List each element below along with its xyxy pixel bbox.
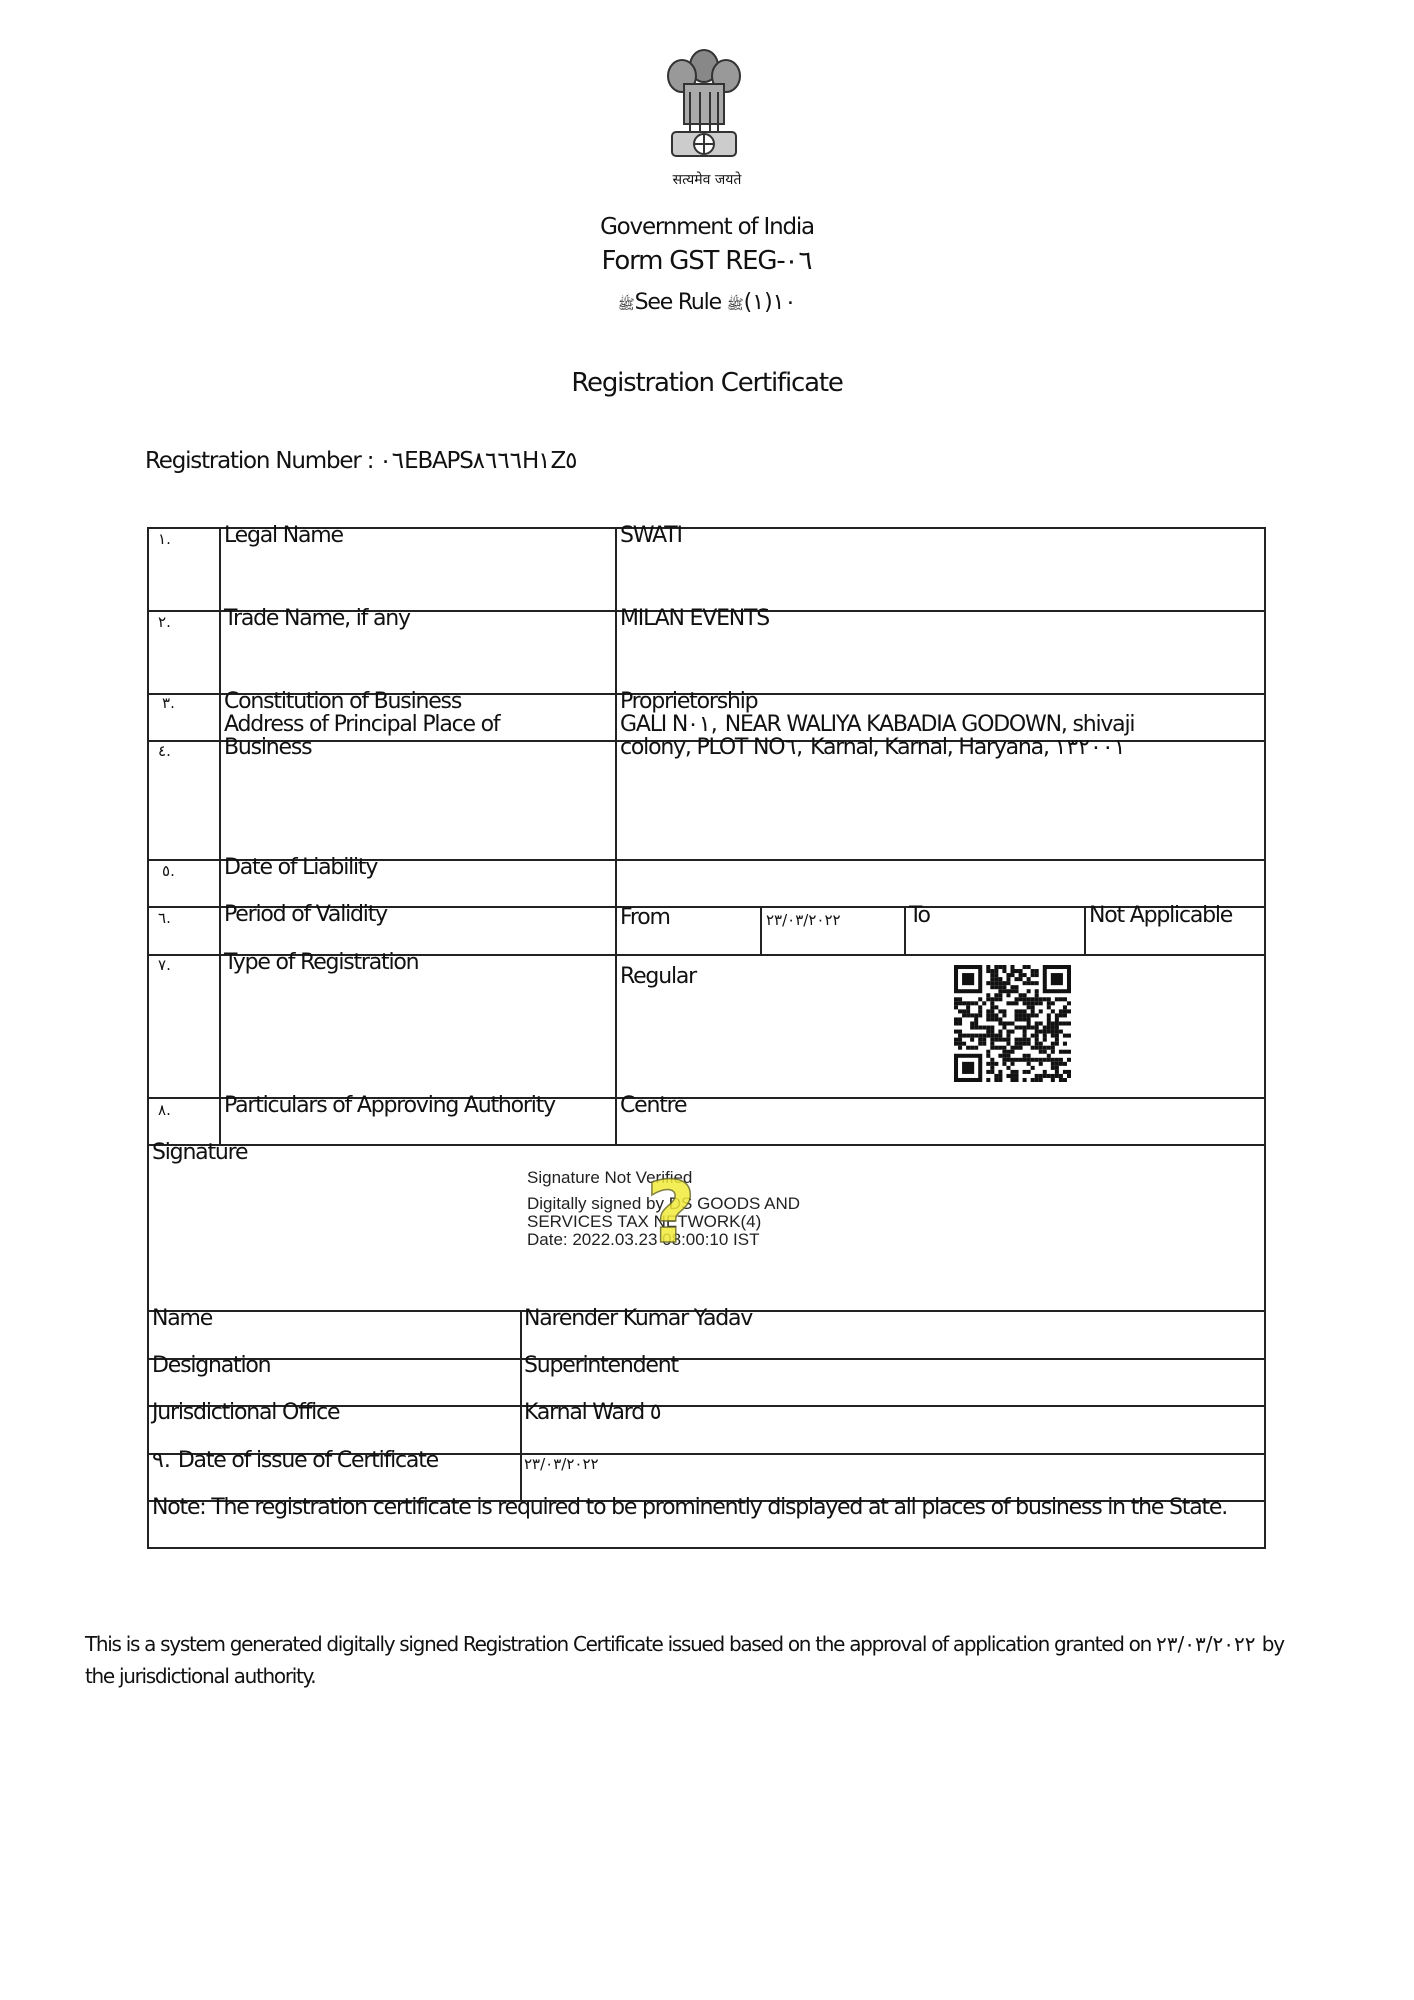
officer-name-value: Narender Kumar Yadav [524,1307,752,1330]
legal-name-label: Legal Name [224,524,343,547]
date-of-liability-label: Date of Liability [224,856,377,879]
officer-name-label: Name [152,1307,212,1330]
designation-value: Superintendent [524,1354,678,1377]
ornament-left-icon: ﷺ [618,297,635,313]
date-of-issue-label: ٩. Date of issue of Certificate [152,1449,438,1472]
row-number: ٨. [158,1101,171,1119]
type-of-registration-label: Type of Registration [224,951,418,974]
address-label-line1: Address of Principal Place of [224,713,499,736]
validity-from-label: From [620,906,670,929]
page-title: Registration Certificate [0,368,1414,398]
emblem-motto: सत्यमेव जयते [662,170,752,189]
row-number: ٣. [162,694,175,712]
approving-authority-label: Particulars of Approving Authority [224,1094,555,1117]
trade-name-label: Trade Name, if any [224,607,410,630]
registration-number: Registration Number : ٠٦EBAPS٨٦٦٦H١Z٥ [145,448,577,474]
constitution-value: Proprietorship [620,690,757,713]
row-number: ٧. [158,956,171,974]
address-label-line2: Business [224,736,311,759]
row-number: ١. [158,530,171,548]
ornament-right-icon: ﷺ [727,297,744,313]
government-title: Government of India [0,214,1414,240]
signature-line2: SERVICES TAX NETWORK(4) [527,1213,761,1231]
rule-reference: ﷺSee Rule ١٠(١)ﷺ [0,290,1414,316]
question-mark-icon: ? [646,1170,696,1256]
date-of-issue-value: ٢٣/٠٣/٢٠٢٢ [524,1455,599,1473]
row-number: ٦. [158,909,171,927]
signature-label: Signature [152,1141,247,1164]
row-number: ٥. [162,862,175,880]
signature-line3: Date: 2022.03.23 08:00:10 IST [527,1231,760,1249]
footer-line1: This is a system generated digitally sig… [85,1632,1284,1656]
address-value-line1: GALI N٠١, NEAR WALIYA KABADIA GODOWN, sh… [620,713,1134,736]
constitution-label: Constitution of Business [224,690,461,713]
jurisdictional-office-label: Jurisdictional Office [152,1401,339,1424]
type-of-registration-value: Regular [620,965,696,988]
row-number: ٢. [158,613,171,631]
approving-authority-value: Centre [620,1094,686,1117]
note-text: Note: The registration certificate is re… [152,1496,1227,1519]
address-value-line2: colony, PLOT NO٦, Karnal, Karnal, Haryan… [620,736,1125,759]
state-emblem-icon [660,44,748,164]
designation-label: Designation [152,1354,270,1377]
qr-code-icon [954,965,1071,1082]
validity-from-date: ٢٣/٠٣/٢٠٢٢ [766,911,841,929]
validity-to-label: To [909,904,930,927]
row-number: ٤. [158,742,171,760]
jurisdictional-office-value: Karnal Ward ٥ [524,1401,662,1424]
legal-name-value: SWATI [620,524,682,547]
form-title: Form GST REG-٠٦ [0,246,1414,276]
period-of-validity-label: Period of Validity [224,903,387,926]
footer-line2: the jurisdictional authority. [85,1664,315,1688]
trade-name-value: MILAN EVENTS [620,607,769,630]
validity-to-value: Not Applicable [1089,904,1232,927]
